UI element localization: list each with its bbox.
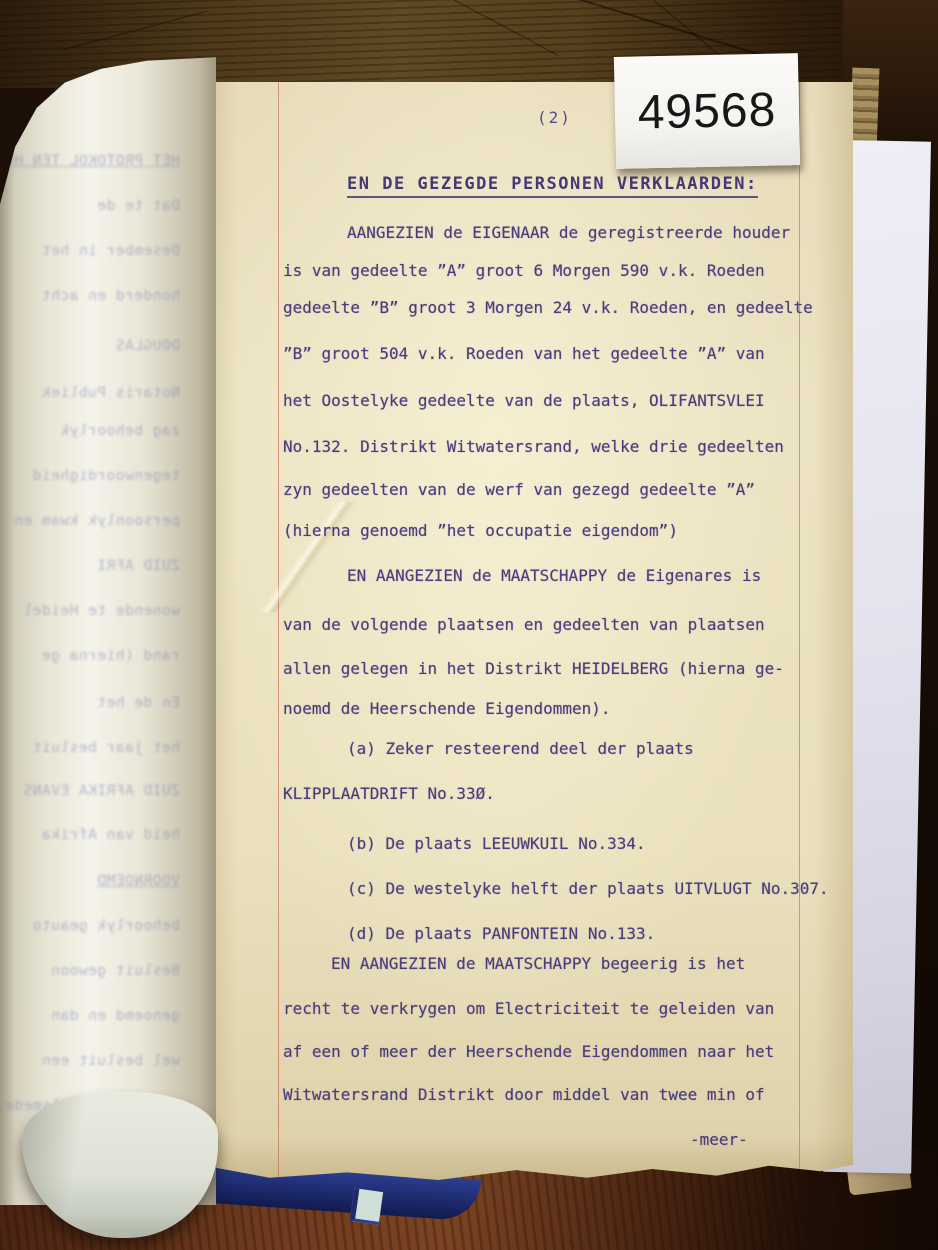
typed-line: (a) Zeker resteerend deel der plaats [283, 739, 694, 758]
typed-line: KLIPPLAATDRIFT No.33Ø. [283, 784, 495, 803]
paper-crease [245, 502, 365, 612]
photo-of-notarial-document: HET PROTOKOL TEN HO Dat te de Desember i… [0, 0, 938, 1250]
bleedthrough-text: rand (hierna ge [4, 648, 180, 664]
bleedthrough-text: Desember in het [4, 243, 180, 259]
bleedthrough-text: wonende te Heidel [4, 603, 180, 619]
bleedthrough-text: persoonlyk kwam en [4, 513, 180, 529]
red-margin-line-left [278, 82, 279, 1180]
typed-line: het Oostelyke gedeelte van de plaats, OL… [283, 391, 765, 410]
bleedthrough-text: wel besluit een [4, 1053, 180, 1069]
bleedthrough-text: En de het [4, 695, 180, 711]
bleedthrough-text: heid van Afrika [4, 827, 180, 843]
typed-line: (b) De plaats LEEUWKUIL No.334. [283, 834, 646, 853]
binding-scrap [350, 1188, 383, 1225]
document-heading: EN DE GEZEGDE PERSONEN VERKLAARDEN: [347, 174, 758, 194]
bleedthrough-text: behoorlyk geauto [4, 918, 180, 934]
typed-line: No.132. Distrikt Witwatersrand, welke dr… [283, 437, 784, 456]
typed-line: noemd de Heerschende Eigendommen). [283, 699, 611, 718]
bleedthrough-text: Notaris Publiek [4, 385, 180, 401]
typed-line: allen gelegen in het Distrikt HEIDELBERG… [283, 659, 784, 678]
bleedthrough-text: ZUID AFRIKA EVANS [4, 783, 180, 799]
typed-document-page: (2) EN DE GEZEGDE PERSONEN VERKLAARDEN: … [205, 82, 853, 1180]
typed-line: van de volgende plaatsen en gedeelten va… [283, 615, 765, 634]
typed-line: af een of meer der Heerschende Eigendomm… [283, 1042, 774, 1061]
bleedthrough-text: zag behoorlyk [4, 423, 180, 439]
bleedthrough-text: HET PROTOKOL TEN HO [4, 153, 180, 169]
typed-line: (c) De westelyke helft der plaats UITVLU… [283, 879, 829, 898]
typed-line: Witwatersrand Distrikt door middel van t… [283, 1085, 765, 1104]
bleedthrough-text: Dat te de [4, 198, 180, 214]
typed-line: (hierna genoemd ”het occupatie eigendom”… [283, 521, 678, 540]
bleedthrough-text: tegenwoordigheid [4, 468, 180, 484]
bleedthrough-text: het jaar besluit [4, 740, 180, 756]
typed-line: EN AANGEZIEN de MAATSCHAPPY begeerig is … [283, 954, 745, 973]
bleedthrough-text: ZUID AFRI [4, 558, 180, 574]
red-margin-line-right [799, 82, 800, 1180]
typed-line: ”B” groot 504 v.k. Roeden van het gedeel… [283, 344, 765, 363]
bleedthrough-text: genoemd en dan [4, 1008, 180, 1024]
typed-line: (d) De plaats PANFONTEIN No.133. [283, 924, 655, 943]
typed-line: gedeelte ”B” groot 3 Morgen 24 v.k. Roed… [283, 298, 813, 317]
typed-line: zyn gedeelten van de werf van gezegd ged… [283, 480, 755, 499]
catchword: -meer- [690, 1130, 748, 1149]
typed-line: recht te verkrygen om Electriciteit te g… [283, 999, 774, 1018]
archive-label-number: 49568 [637, 82, 777, 140]
archive-label: 49568 [614, 53, 800, 169]
bleedthrough-text: honderd en acht [4, 288, 180, 304]
typed-line: AANGEZIEN de EIGENAAR de geregistreerde … [283, 223, 790, 242]
typed-line: is van gedeelte ”A” groot 6 Morgen 590 v… [283, 261, 765, 280]
bleedthrough-text: Besluit gewoon [4, 963, 180, 979]
page-number: (2) [537, 108, 572, 127]
bleedthrough-text: DOUGLAS [4, 338, 180, 354]
left-page-stack: HET PROTOKOL TEN HO Dat te de Desember i… [0, 55, 216, 1205]
typed-line: EN AANGEZIEN de MAATSCHAPPY de Eigenares… [283, 566, 761, 585]
bleedthrough-text: VOORNOEMD [4, 873, 180, 889]
